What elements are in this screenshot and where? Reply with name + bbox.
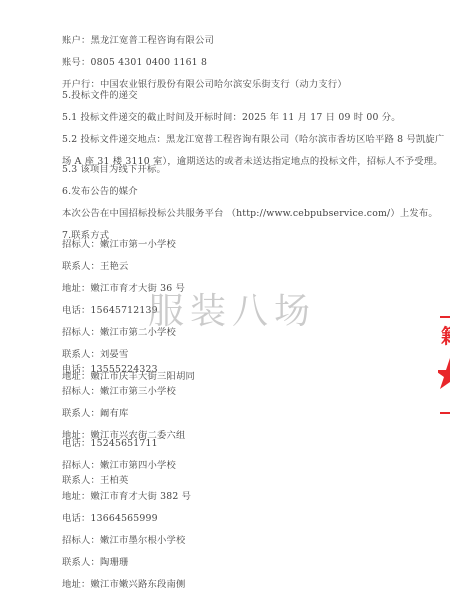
phone-2: 电话：13555224323: [62, 364, 158, 376]
contact-4: 联系人：王柏英: [62, 475, 128, 487]
tenderer-5: 招标人：嫩江市墨尔根小学校: [62, 535, 185, 547]
section-5-2: 5.2 投标文件递交地点：黑龙江宽普工程咨询有限公司（哈尔滨市香坊区哈平路 8 …: [62, 134, 444, 146]
contact-2: 联系人：刘晏雪: [62, 349, 128, 361]
section-6-body: 本次公告在中国招标投标公共服务平台 （http://www.cebpubserv…: [62, 208, 438, 220]
phone-1: 电话：15645712139: [62, 305, 158, 317]
tenderer-1: 招标人：嫩江市第一小学校: [62, 239, 176, 251]
tenderer-3: 招标人：嫩江市第三小学校: [62, 386, 176, 398]
address-5: 地址：嫩江市嫩兴路东段南侧: [62, 579, 185, 591]
address-4: 地址：嫩江市育才大街 382 号: [62, 491, 191, 503]
contact-5: 联系人：陶珊珊: [62, 557, 128, 569]
tenderer-4: 招标人：嫩江市第四小学校: [62, 460, 176, 472]
contact-1: 联系人：王艳云: [62, 261, 128, 273]
red-seal-star-icon: [438, 310, 450, 430]
account-number-line: 账号：0805 4301 0400 1161 8: [62, 57, 207, 69]
section-5-3: 5.3 该项目为线下开标。: [62, 164, 166, 176]
phone-4: 电话：13664565999: [62, 513, 158, 525]
account-name-line: 账户：黑龙江宽普工程咨询有限公司: [62, 35, 214, 47]
contact-3: 联系人：阚有库: [62, 408, 128, 420]
section-6-heading: 6.发布公告的媒介: [62, 186, 138, 198]
phone-3: 电话：15245651711: [62, 438, 158, 450]
section-5-heading: 5.投标文件的递交: [62, 90, 138, 102]
watermark: 服装八场: [148, 283, 316, 334]
section-5-1: 5.1 投标文件递交的截止时间及开标时间：2025 年 11 月 17 日 09…: [62, 112, 401, 124]
